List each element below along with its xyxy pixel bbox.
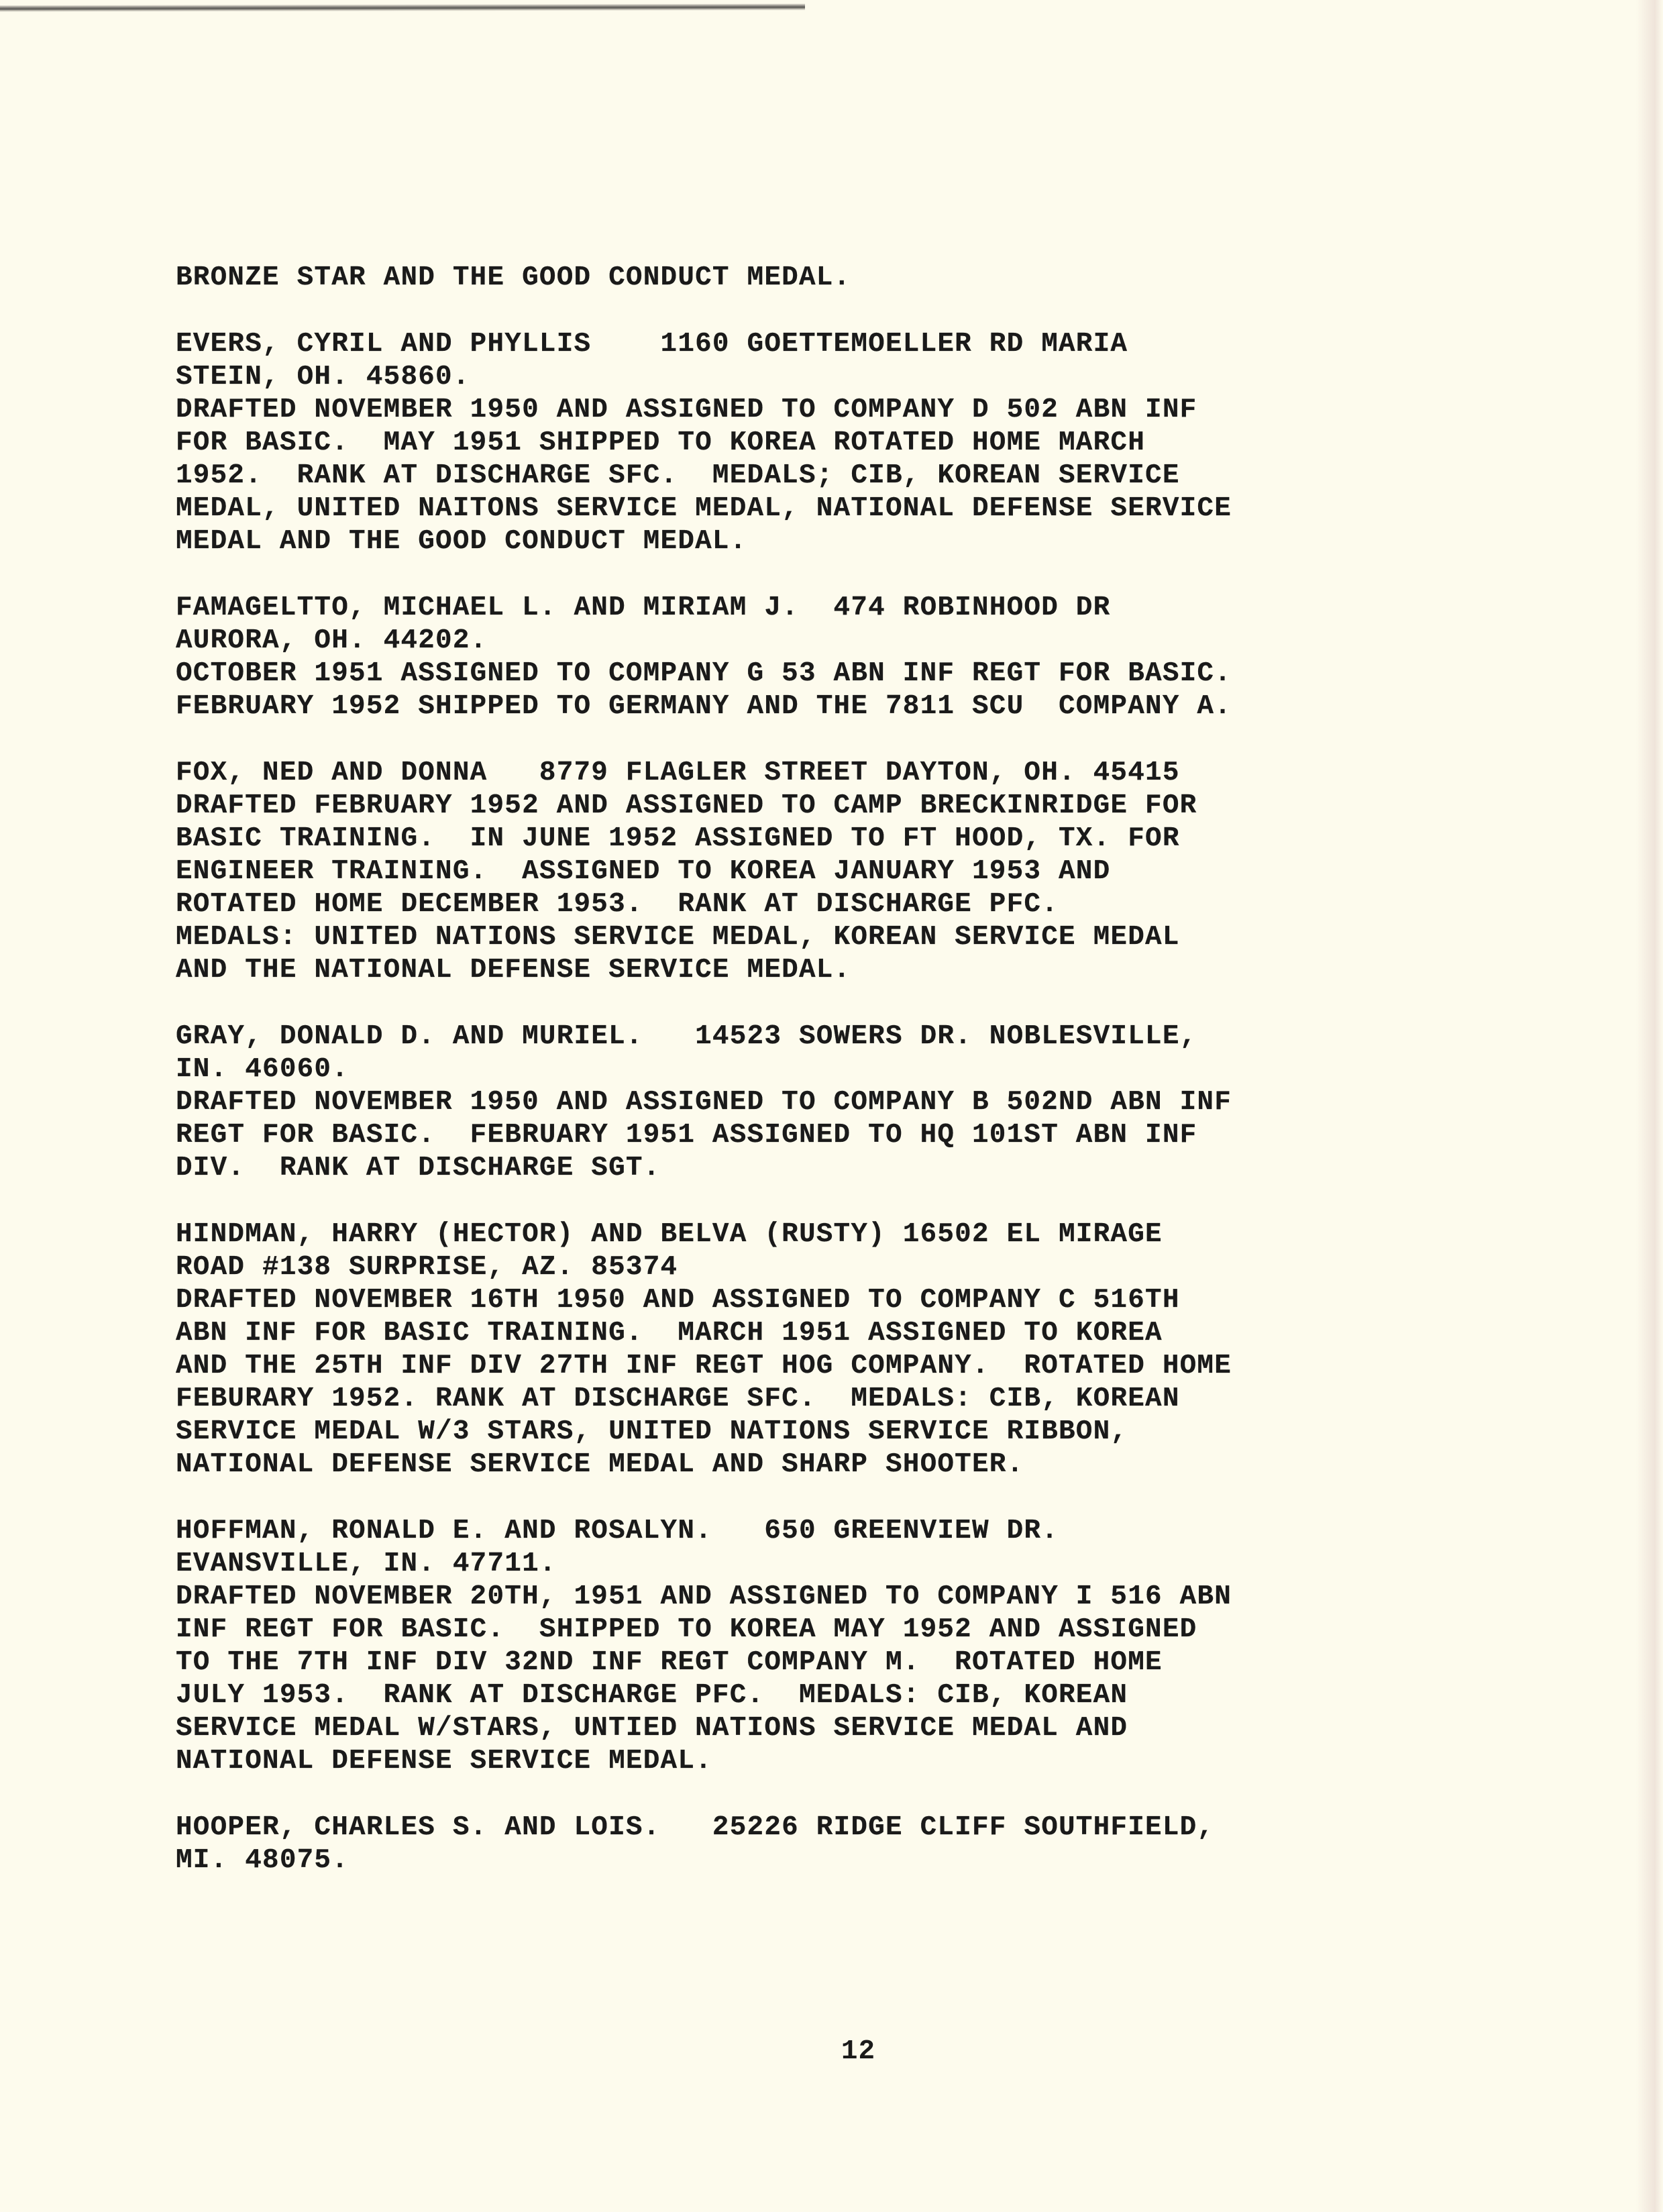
- member-entry: HINDMAN, HARRY (HECTOR) AND BELVA (RUSTY…: [176, 1218, 1517, 1481]
- text-line: BRONZE STAR AND THE GOOD CONDUCT MEDAL.: [176, 262, 1517, 295]
- entry-heading-line: EVERS, CYRIL AND PHYLLIS 1160 GOETTEMOEL…: [176, 328, 1517, 361]
- text-line: FEBRUARY 1952 SHIPPED TO GERMANY AND THE…: [176, 690, 1517, 723]
- text-line: REGT FOR BASIC. FEBRUARY 1951 ASSIGNED T…: [176, 1119, 1517, 1152]
- text-line: ABN INF FOR BASIC TRAINING. MARCH 1951 A…: [176, 1317, 1517, 1350]
- text-line: FOR BASIC. MAY 1951 SHIPPED TO KOREA ROT…: [176, 427, 1517, 460]
- entry-heading-line: GRAY, DONALD D. AND MURIEL. 14523 SOWERS…: [176, 1020, 1517, 1053]
- text-line: DRAFTED FEBRUARY 1952 AND ASSIGNED TO CA…: [176, 790, 1517, 823]
- text-line: MEDAL AND THE GOOD CONDUCT MEDAL.: [176, 525, 1517, 558]
- text-line: SERVICE MEDAL W/STARS, UNTIED NATIONS SE…: [176, 1712, 1517, 1745]
- text-line: DRAFTED NOVEMBER 16TH 1950 AND ASSIGNED …: [176, 1284, 1517, 1317]
- page-number: 12: [0, 2036, 1663, 2067]
- text-line: ENGINEER TRAINING. ASSIGNED TO KOREA JAN…: [176, 855, 1517, 888]
- member-entry: HOOPER, CHARLES S. AND LOIS. 25226 RIDGE…: [176, 1811, 1517, 1877]
- continued-paragraph: BRONZE STAR AND THE GOOD CONDUCT MEDAL.: [176, 262, 1517, 295]
- text-line: IN. 46060.: [176, 1053, 1517, 1086]
- member-entry: GRAY, DONALD D. AND MURIEL. 14523 SOWERS…: [176, 1020, 1517, 1185]
- text-line: AND THE NATIONAL DEFENSE SERVICE MEDAL.: [176, 954, 1517, 987]
- member-entry: HOFFMAN, RONALD E. AND ROSALYN. 650 GREE…: [176, 1515, 1517, 1778]
- text-line: FEBURARY 1952. RANK AT DISCHARGE SFC. ME…: [176, 1383, 1517, 1416]
- text-line: ROTATED HOME DECEMBER 1953. RANK AT DISC…: [176, 888, 1517, 921]
- entry-heading-line: FAMAGELTTO, MICHAEL L. AND MIRIAM J. 474…: [176, 592, 1517, 625]
- member-entry: EVERS, CYRIL AND PHYLLIS 1160 GOETTEMOEL…: [176, 328, 1517, 558]
- text-line: EVANSVILLE, IN. 47711.: [176, 1548, 1517, 1581]
- entry-heading-line: HINDMAN, HARRY (HECTOR) AND BELVA (RUSTY…: [176, 1218, 1517, 1251]
- text-line: SERVICE MEDAL W/3 STARS, UNITED NATIONS …: [176, 1416, 1517, 1449]
- text-line: STEIN, OH. 45860.: [176, 361, 1517, 394]
- entry-heading-line: FOX, NED AND DONNA 8779 FLAGLER STREET D…: [176, 757, 1517, 790]
- text-line: DRAFTED NOVEMBER 20TH, 1951 AND ASSIGNED…: [176, 1581, 1517, 1614]
- text-line: INF REGT FOR BASIC. SHIPPED TO KOREA MAY…: [176, 1614, 1517, 1646]
- text-line: TO THE 7TH INF DIV 32ND INF REGT COMPANY…: [176, 1646, 1517, 1679]
- entry-heading-line: HOFFMAN, RONALD E. AND ROSALYN. 650 GREE…: [176, 1515, 1517, 1548]
- text-line: DIV. RANK AT DISCHARGE SGT.: [176, 1152, 1517, 1185]
- text-line: MEDALS: UNITED NATIONS SERVICE MEDAL, KO…: [176, 921, 1517, 954]
- document-body: BRONZE STAR AND THE GOOD CONDUCT MEDAL.E…: [176, 262, 1517, 1911]
- text-line: 1952. RANK AT DISCHARGE SFC. MEDALS; CIB…: [176, 460, 1517, 492]
- entry-heading-line: HOOPER, CHARLES S. AND LOIS. 25226 RIDGE…: [176, 1811, 1517, 1844]
- text-line: NATIONAL DEFENSE SERVICE MEDAL.: [176, 1745, 1517, 1778]
- member-entry: FAMAGELTTO, MICHAEL L. AND MIRIAM J. 474…: [176, 592, 1517, 723]
- text-line: DRAFTED NOVEMBER 1950 AND ASSIGNED TO CO…: [176, 394, 1517, 427]
- text-line: NATIONAL DEFENSE SERVICE MEDAL AND SHARP…: [176, 1449, 1517, 1481]
- text-line: MEDAL, UNITED NAITONS SERVICE MEDAL, NAT…: [176, 492, 1517, 525]
- text-line: MI. 48075.: [176, 1844, 1517, 1877]
- text-line: ROAD #138 SURPRISE, AZ. 85374: [176, 1251, 1517, 1284]
- text-line: OCTOBER 1951 ASSIGNED TO COMPANY G 53 AB…: [176, 657, 1517, 690]
- text-line: BASIC TRAINING. IN JUNE 1952 ASSIGNED TO…: [176, 823, 1517, 855]
- text-line: JULY 1953. RANK AT DISCHARGE PFC. MEDALS…: [176, 1679, 1517, 1712]
- scan-right-edge: [1636, 0, 1663, 2212]
- text-line: AND THE 25TH INF DIV 27TH INF REGT HOG C…: [176, 1350, 1517, 1383]
- member-entry: FOX, NED AND DONNA 8779 FLAGLER STREET D…: [176, 757, 1517, 987]
- text-line: DRAFTED NOVEMBER 1950 AND ASSIGNED TO CO…: [176, 1086, 1517, 1119]
- scan-top-edge: [0, 3, 805, 12]
- text-line: AURORA, OH. 44202.: [176, 625, 1517, 657]
